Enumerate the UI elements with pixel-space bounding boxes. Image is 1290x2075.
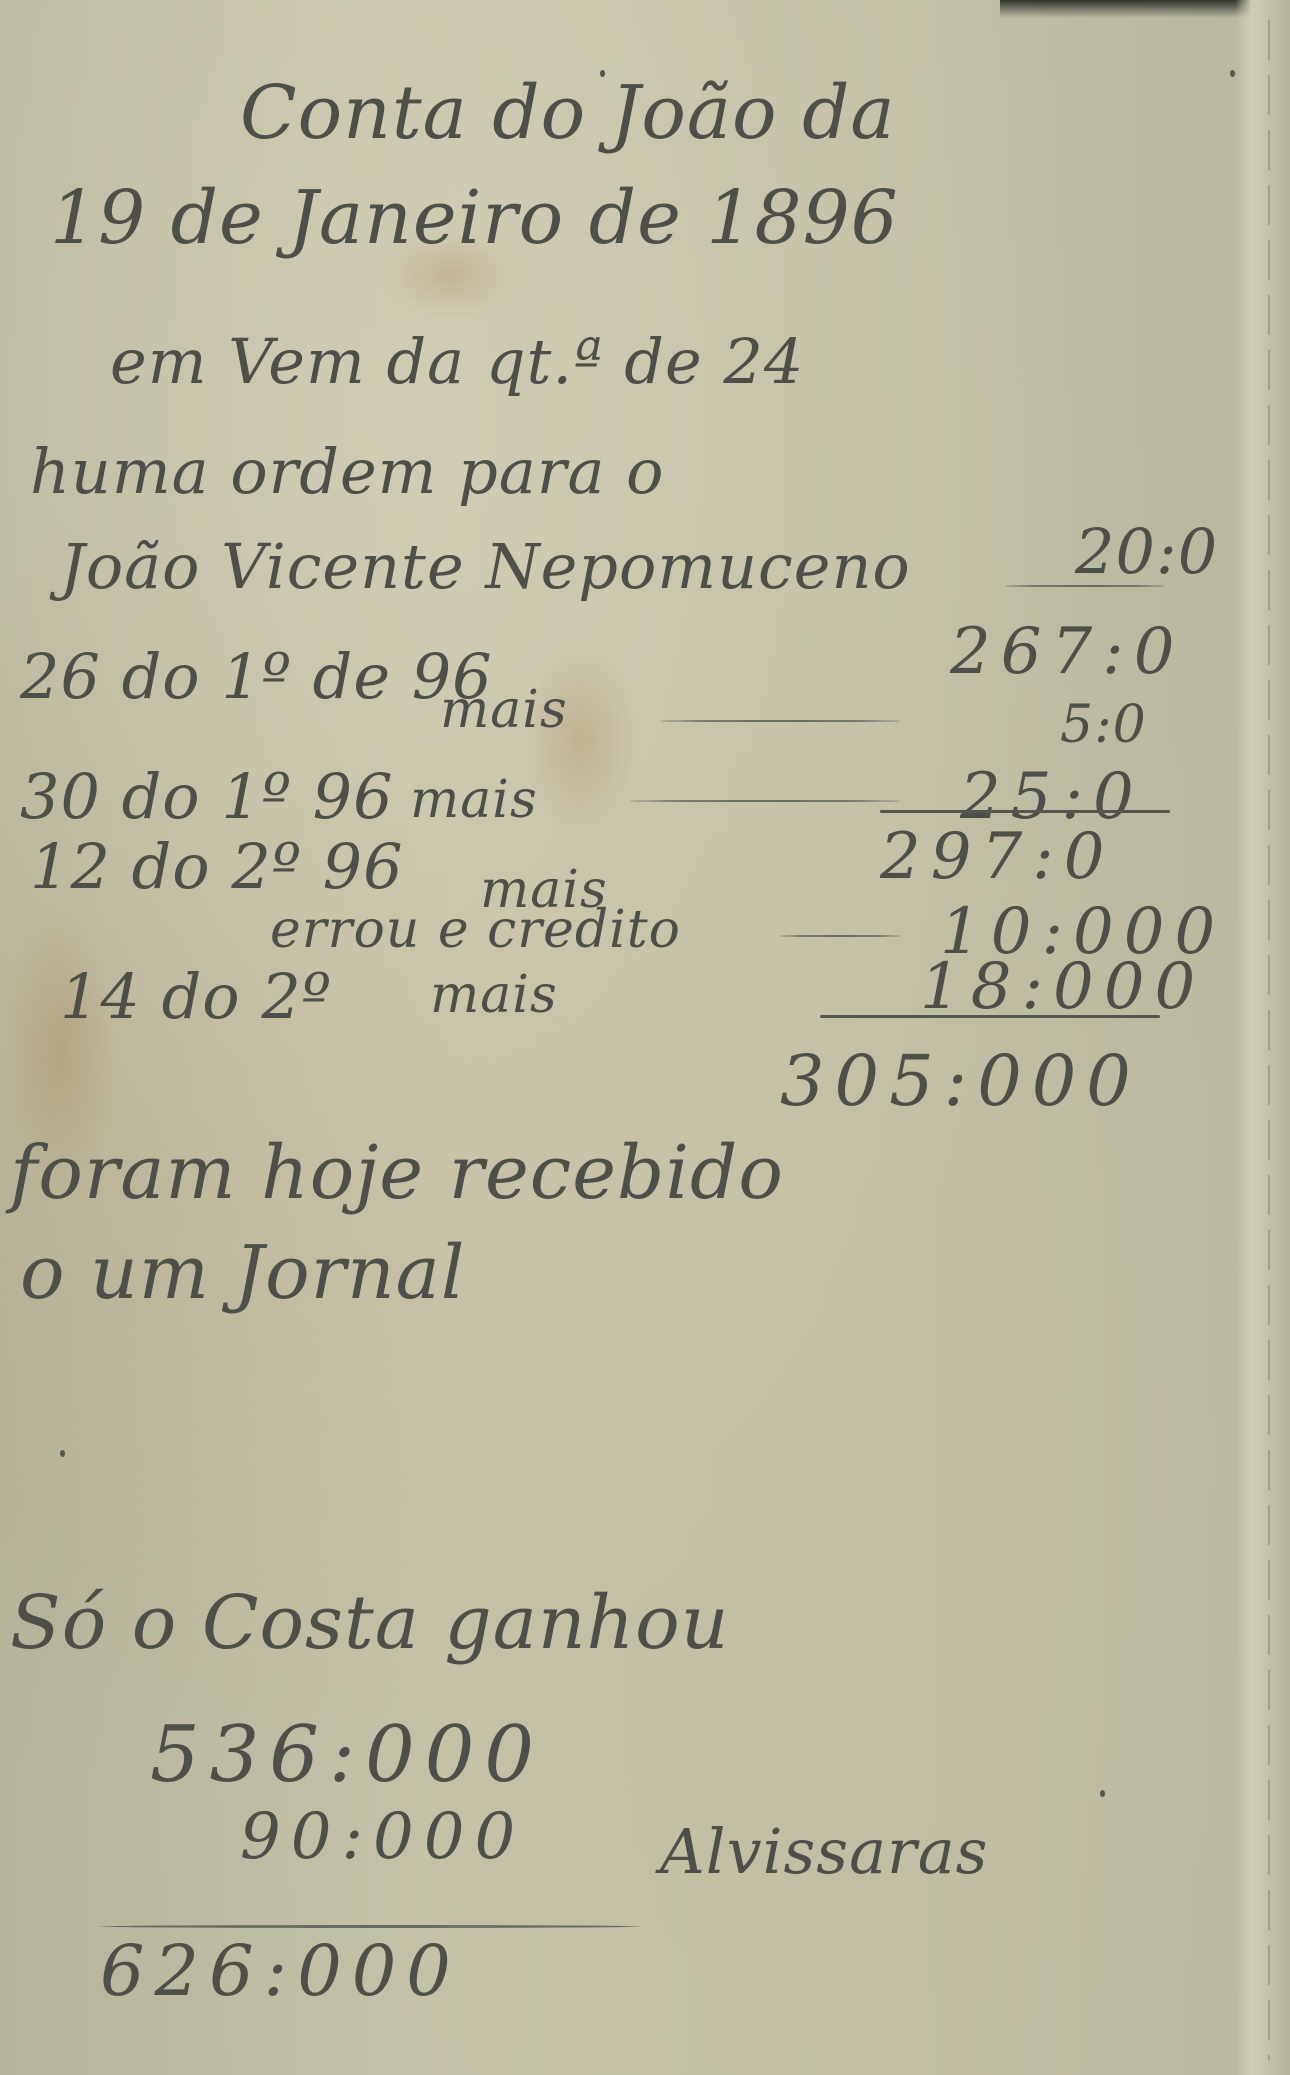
manuscript-page: Conta do João da 19 de Janeiro de 1896 e…	[0, 0, 1290, 2075]
footer-amount-2-note: Alvissaras	[660, 1815, 988, 1888]
leader-line	[630, 800, 900, 802]
intro-line-1: em Vem da qt.ª de 24	[110, 325, 804, 398]
entry-amount: 297:0	[880, 820, 1114, 894]
entry-note: mais	[430, 965, 558, 1025]
closing-note-line-1: foram hoje recebido	[10, 1130, 784, 1216]
heading-line-1: Conta do João da	[240, 70, 896, 156]
footer-line-1: Só o Costa ganhou	[10, 1580, 729, 1666]
page-edge-line	[1268, 20, 1270, 2060]
entry-date: 14 do 2º	[60, 960, 332, 1033]
ink-dot	[60, 1450, 65, 1457]
ink-dot	[1230, 70, 1235, 77]
entry-date: 30 do 1º 96	[20, 760, 394, 833]
entry-date: 26 do 1º de 96	[20, 640, 493, 713]
entry-amount: 267:0	[950, 615, 1184, 689]
intro-line-2: huma ordem para o	[30, 435, 664, 508]
entry-note: errou e credito	[270, 900, 681, 960]
page-edge	[1235, 0, 1290, 2075]
sum-rule	[880, 810, 1170, 813]
entry-date: 12 do 2º 96	[30, 830, 404, 903]
entry-note: mais	[440, 680, 568, 740]
leader-line	[780, 935, 900, 937]
footer-amount-1: 536:000	[150, 1710, 544, 1800]
total-rule	[820, 1015, 1160, 1018]
paper-stain	[520, 640, 640, 840]
heading-line-2: 19 de Janeiro de 1896	[50, 175, 899, 261]
entry-sub-amount: 5:0	[1060, 695, 1147, 755]
footer-amount-2: 90:000	[240, 1800, 525, 1874]
ink-dot	[600, 70, 605, 77]
entry-amount: 18:000	[920, 950, 1205, 1024]
leader-line	[660, 720, 900, 722]
footer-sum-rule	[100, 1925, 640, 1928]
ink-dot	[1100, 1790, 1105, 1797]
entry-note: mais	[410, 770, 538, 830]
intro-amount: 20:0	[1075, 515, 1218, 588]
total-amount: 305:000	[780, 1040, 1141, 1122]
underline-flourish	[1005, 585, 1165, 587]
footer-sum: 626:000	[100, 1930, 461, 2012]
closing-note-line-2: o um Jornal	[20, 1230, 465, 1316]
intro-line-3: João Vicente Nepomuceno	[60, 530, 911, 603]
